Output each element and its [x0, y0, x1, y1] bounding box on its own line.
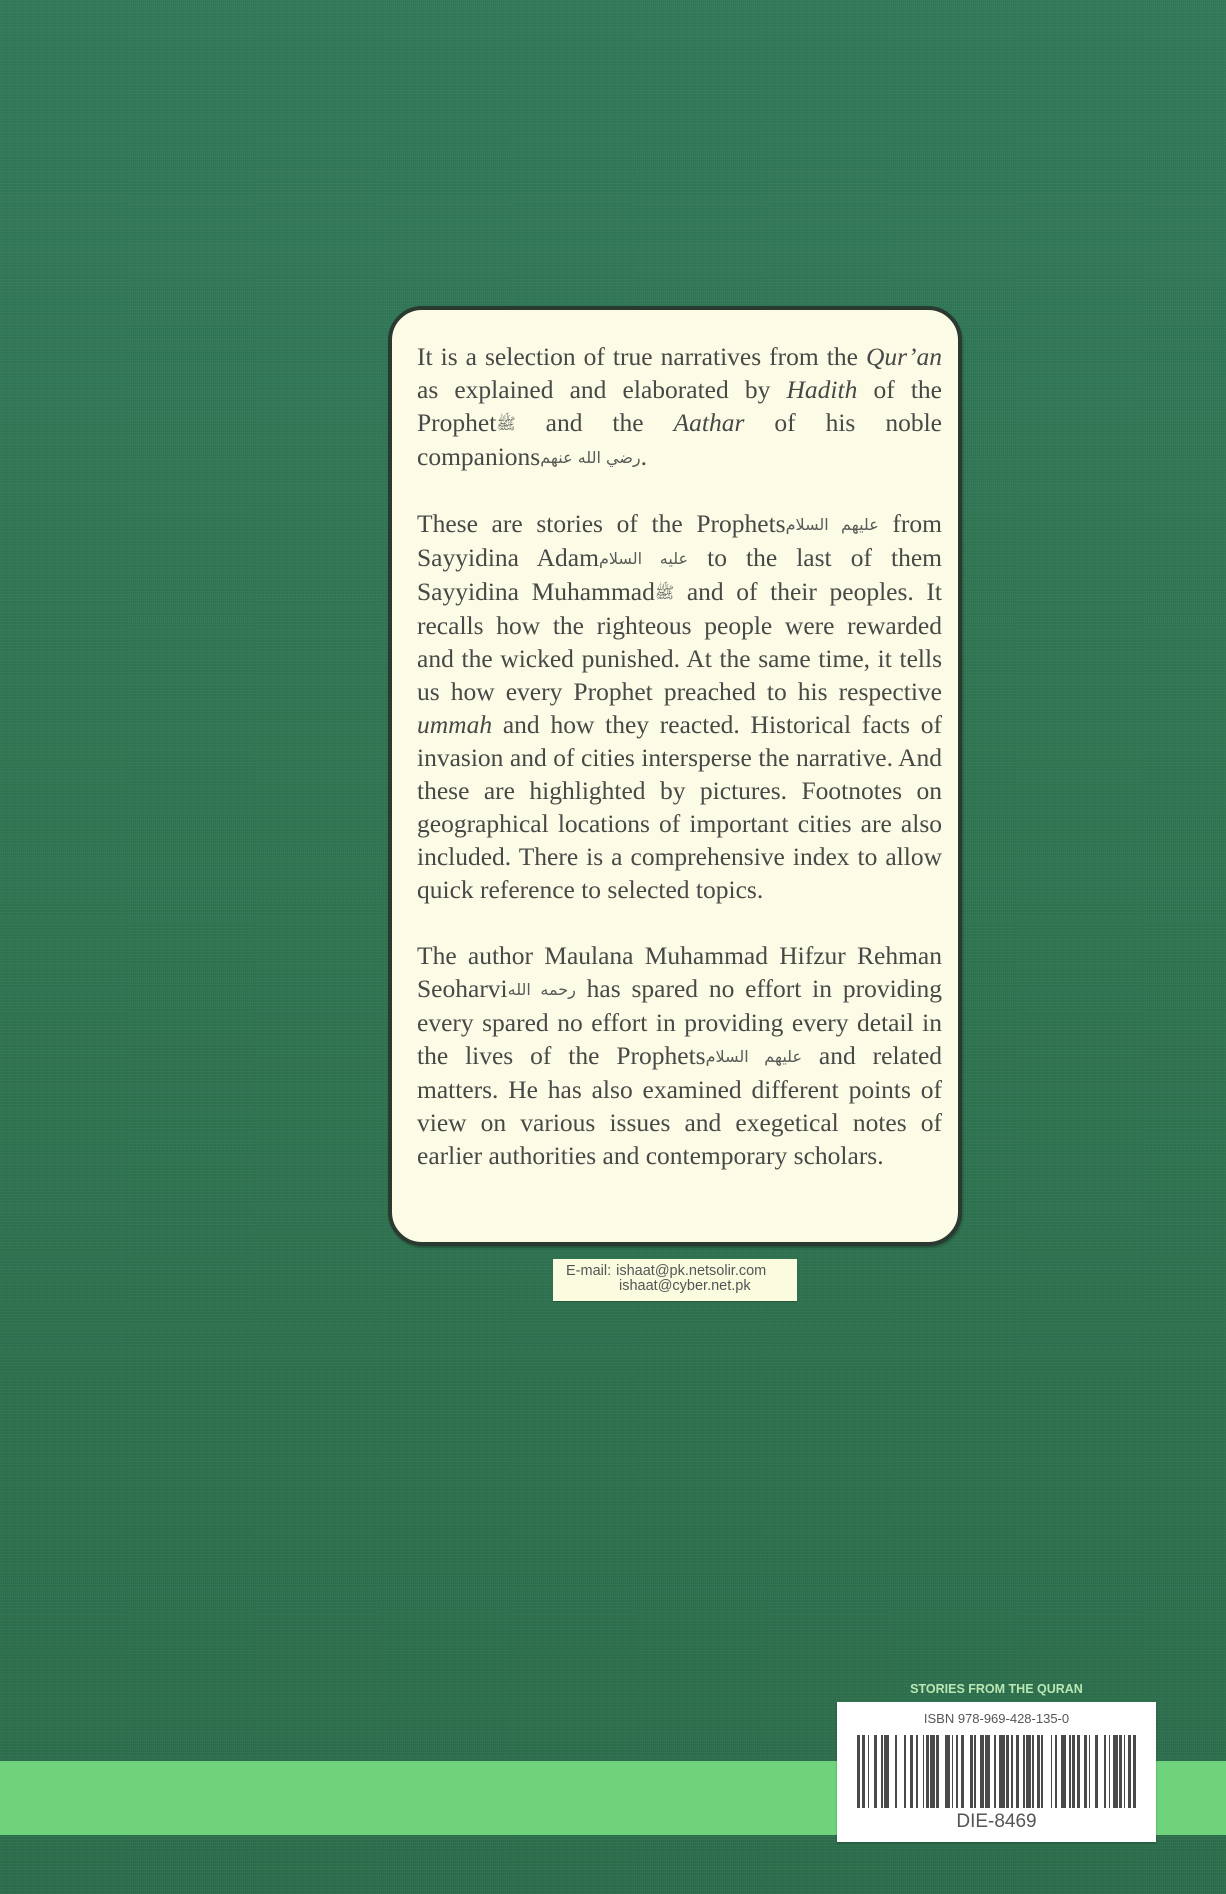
- email-address-secondary[interactable]: ishaat@cyber.net.pk: [619, 1278, 751, 1294]
- barcode-code: DIE-8469: [837, 1811, 1156, 1833]
- salawat-honorific-icon: ﷺ: [496, 414, 515, 433]
- salawat-honorific-icon: ﷺ: [655, 583, 674, 602]
- italic-term: Qur’an: [866, 342, 942, 371]
- blurb-paragraph-3: The author Maulana Muhammad Hifzur Rehma…: [417, 939, 942, 1172]
- rahimahullah-honorific-icon: رحمه الله: [508, 980, 576, 999]
- email-label: E-mail:: [566, 1263, 611, 1279]
- italic-term: Aathar: [674, 408, 745, 437]
- alayhis-salam-honorific-icon: عليهم السلام: [786, 515, 879, 534]
- italic-term: ummah: [417, 710, 492, 739]
- email-row-secondary: ishaat@cyber.net.pk: [619, 1279, 751, 1294]
- isbn-text: ISBN 978-969-428-135-0: [837, 1711, 1156, 1726]
- blurb-paragraph-2: These are stories of the Prophetsعليهم ا…: [417, 507, 942, 906]
- italic-term: Hadith: [787, 375, 858, 404]
- blurb-paragraph-1: It is a selection of true narratives fro…: [417, 340, 942, 474]
- alayhis-salam-honorific-icon: عليهم السلام: [706, 1047, 802, 1066]
- blurb-text: It is a selection of true narratives fro…: [417, 340, 942, 1172]
- alayhis-salam-honorific-icon: عليه السلام: [599, 549, 688, 568]
- blurb-card: It is a selection of true narratives fro…: [388, 306, 962, 1246]
- radiallahu-anhum-honorific-icon: رضي الله عنهم: [540, 448, 640, 467]
- barcode-label: ISBN 978-969-428-135-0 DIE-8469: [837, 1702, 1156, 1842]
- email-box: E-mail:ishaat@pk.netsolir.com ishaat@cyb…: [553, 1259, 797, 1301]
- barcode-icon: [857, 1735, 1136, 1808]
- series-title: STORIES FROM THE QURAN: [837, 1682, 1156, 1696]
- email-address-primary[interactable]: ishaat@pk.netsolir.com: [616, 1263, 766, 1279]
- email-row-primary: E-mail:ishaat@pk.netsolir.com: [566, 1264, 766, 1279]
